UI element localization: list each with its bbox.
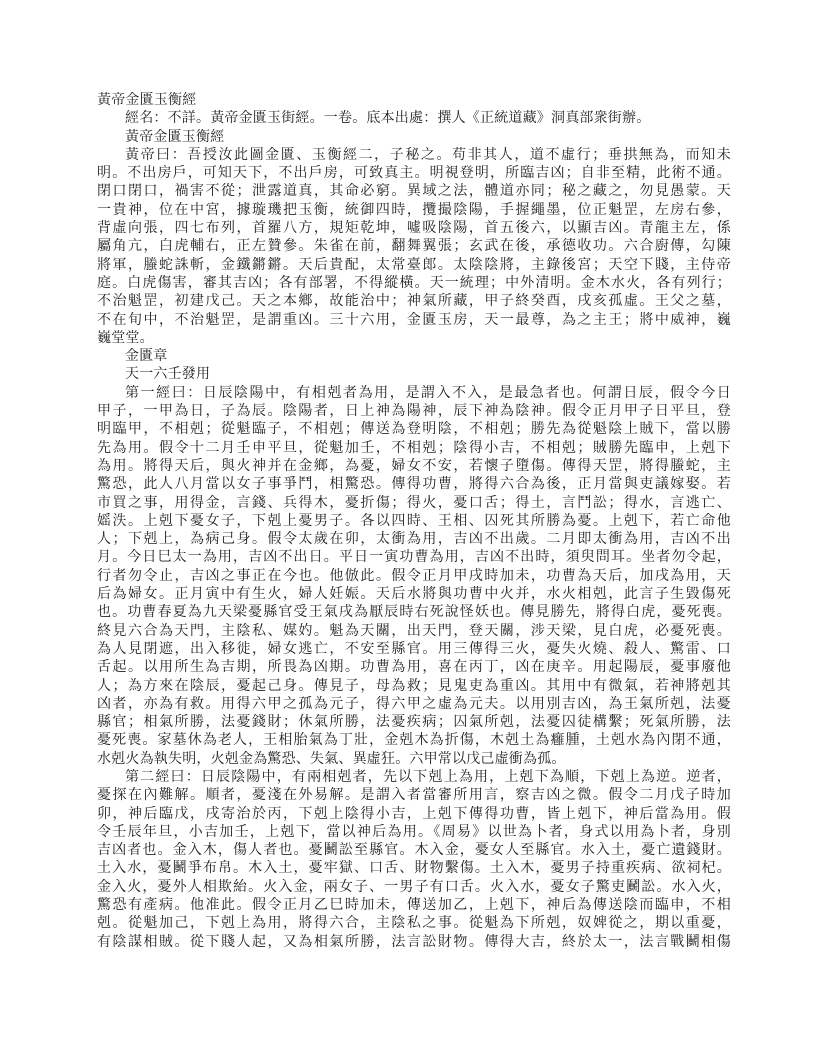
text-line: 不治魁罡，初建戊己。天之本鄉，故能治中；神氣所藏，甲子終癸酉，戌亥孤虛。王父之墓… <box>97 293 731 311</box>
text-line: 凶者，亦為有救。用得六甲之孤為元子，得六甲之虛為元夫。以用別吉凶，為王氣所剋，法… <box>97 696 731 714</box>
text-line: 第二經曰：日辰陰陽中，有兩相剋者，先以下剋上為用，上剋下為順，下剋上為逆。逆者， <box>97 769 731 787</box>
text-line: 明臨甲，不相剋；從魁臨子，不相剋；傳送為登明陰，不相剋；勝先為從魁陰上賊下，當以… <box>97 421 731 439</box>
text-line: 背虛向張，四七布列，首羅八方，規矩乾坤，噓吸陰陽，首五後六，以顯吉凶。青龍主左，… <box>97 220 731 238</box>
text-line: 一貴神，位在中宮，據璇璣把玉衡，統御四時，攬撮陰陽，手握繩墨，位正魁罡，左房右參… <box>97 202 731 220</box>
text-line: 卯，神后臨戊，戌寄治於丙，下剋上陰得小吉，上剋下傳得功曹，皆上剋下，神后當為用。… <box>97 806 731 824</box>
text-line: 憂死喪。家墓休為老人，王相胎氣為丁壯，金剋木為折傷，木剋土為癰腫，土剋水為內閉不… <box>97 732 731 750</box>
text-line: 媱泆。上剋下憂女子，下剋上憂男子。各以四時、王相、囚死其所勝為憂。上剋下，若亡命… <box>97 513 731 531</box>
text-line: 甲子，一甲為日，子為辰。陰陽者，日上神為陽神，辰下神為陰神。假令正月甲子日平旦，… <box>97 403 731 421</box>
text-line: 不在旬中，不治魁罡，是謂重凶。三十六用，金匱玉房，天一最尊，為之主王；將中威神，… <box>97 312 731 330</box>
text-line: 黃帝金匱玉衡經 <box>97 92 731 110</box>
text-line: 經名：不詳。黃帝金匱玉街經。一卷。底本出處：撰人《正統道藏》洞真部衆街辦。 <box>97 110 731 128</box>
text-line: 黃帝曰：吾授汝此圖金匱、玉衡經二，子秘之。苟非其人，道不虛行；垂拱無為，而知未 <box>97 147 731 165</box>
text-line: 終見六合為天門，主陰私、媒妁。魁為天關，出天門，登天關，涉天梁，見白虎，必憂死喪… <box>97 623 731 641</box>
text-line: 天一六壬發用 <box>97 366 731 384</box>
text-line: 縣官；相氣所勝，法憂錢財；休氣所勝，法憂疾病；囚氣所剋，法憂囚徒構繫；死氣所勝，… <box>97 714 731 732</box>
text-line: 行者勿令止，吉凶之事正在今也。他倣此。假令正月甲戌時加未，功曹為天后，加戌為用，… <box>97 568 731 586</box>
text-line: 金入火，憂外人相欺紿。火入金，兩女子、一男子有口舌。火入水，憂女子驚吏鬭訟。水入… <box>97 879 731 897</box>
text-line: 市買之事，用得金，言錢、兵得木，憂折傷；得火，憂口舌；得土，言鬥訟；得水，言逃亡… <box>97 495 731 513</box>
text-line: 庭。白虎傷害，審其吉凶；各有部署，不得縱橫。天一統理；中外清明。金木水火，各有列… <box>97 275 731 293</box>
document-body: 黃帝金匱玉衡經經名：不詳。黃帝金匱玉街經。一卷。底本出處：撰人《正統道藏》洞真部… <box>97 92 731 952</box>
text-line: 吉凶者也。金入木，傷人者也。憂鬭訟至縣官。木入金，憂女人至縣官。水入土，憂亡遺錢… <box>97 842 731 860</box>
text-line: 土入水，憂鬭爭布帛。木入土，憂牢獄、口舌、財物繫傷。土入木，憂男子持重疾病、欲祠… <box>97 860 731 878</box>
text-line: 有陰謀相賊。從下賤人起，又為相氣所勝，法言訟財物。傳得大吉，終於太一，法言戰鬭相… <box>97 934 731 952</box>
text-line: 月。今日巳太一為用，吉凶不出日。平日一寅功曹為用，吉凶不出時，須臾問耳。坐者勿令… <box>97 549 731 567</box>
text-line: 令壬辰年旦，小吉加壬，上剋下，當以神后為用。《周易》以世為卜者，身式以用為卜者，… <box>97 824 731 842</box>
text-line: 黃帝金匱玉衡經 <box>97 129 731 147</box>
text-line: 水剋火為執失明，火剋金為驚恐、失氣、異虛狂。六甲常以戊己虛衝為孤。 <box>97 751 731 769</box>
text-line: 屬角亢，白虎輔右，正左贊參。朱雀在前，翻舞翼張；玄武在後，承德收功。六合廚傳，勾… <box>97 238 731 256</box>
text-line: 為用。將得天后，與火神并在金鄉，為憂，婦女不安，若懷子墮傷。傳得天罡，將得螣蛇，… <box>97 458 731 476</box>
text-line: 金匱章 <box>97 348 731 366</box>
text-line: 明。不出房戶，可知天下，不出戶房，可致真主。明視登明，所臨吉凶；自非至精，此術不… <box>97 165 731 183</box>
text-line: 將軍，螣蛇誅斬，金鐵鏘鏘。天后貴配，太常臺郎。太陰陰將，主錄後宮；天空下賤，主侍… <box>97 257 731 275</box>
text-line: 人；下剋上，為病己身。假令太歲在卯，太衝為用，吉凶不出歲。二月即太衝為用，吉凶不… <box>97 531 731 549</box>
text-line: 驚恐有產病。他准此。假令正月乙巳時加未，傳送加乙，上剋下，神后為傳送陰而臨申，不… <box>97 897 731 915</box>
text-line: 舌起。以用所生為吉期，所畏為凶期。功曹為用，喜在丙丁，凶在庚辛。用起陽辰，憂事廢… <box>97 659 731 677</box>
text-line: 后為婦女。正月寅中有生火，婦人妊娠。天后水將與功曹中火并，水火相剋，此言子生毀傷… <box>97 586 731 604</box>
text-line: 人；為方來在陰辰，憂起己身。傳見子，母為救；見鬼吏為重凶。其用中有微氣，若神將剋… <box>97 678 731 696</box>
document-page: 黃帝金匱玉衡經經名：不詳。黃帝金匱玉街經。一卷。底本出處：撰人《正統道藏》洞真部… <box>0 0 816 1056</box>
text-line: 驚恐，此人八月當以女子事爭鬥，相驚恐。傳得功曹，將得六合為後，正月當與吏議嫁娶。… <box>97 476 731 494</box>
text-line: 憂探在內難解。順者，憂淺在外易解。是謂入者當審所用言，察吉凶之微。假令二月戊子時… <box>97 787 731 805</box>
text-line: 先為用。假令十二月壬申平旦，從魁加壬，不相剋；陰得小吉，不相剋；賊勝先臨申，上剋… <box>97 440 731 458</box>
text-line: 第一經曰：日辰陰陽中，有相剋者為用，是謂入不入，是最急者也。何謂日辰，假令今日 <box>97 385 731 403</box>
text-line: 巍堂堂。 <box>97 330 731 348</box>
text-line: 閉口閉口，禍害不從；泄露道真，其命必窮。異域之法，體道亦同；秘之藏之，勿見愚蒙。… <box>97 183 731 201</box>
text-line: 剋。從魁加己，下剋上為用，將得六合，主陰私之事。從魁為下所剋，奴婢從之，期以重憂… <box>97 915 731 933</box>
text-line: 也。功曹春夏為九天梁憂縣官受王氣戌為厭辰時右死說怪妖也。傳見勝先，將得白虎，憂死… <box>97 604 731 622</box>
text-line: 為人見閉遮，出入移徙，婦女逃亡，不安至縣官。用三傳得三火，憂失火燒、殺人、驚雷、… <box>97 641 731 659</box>
